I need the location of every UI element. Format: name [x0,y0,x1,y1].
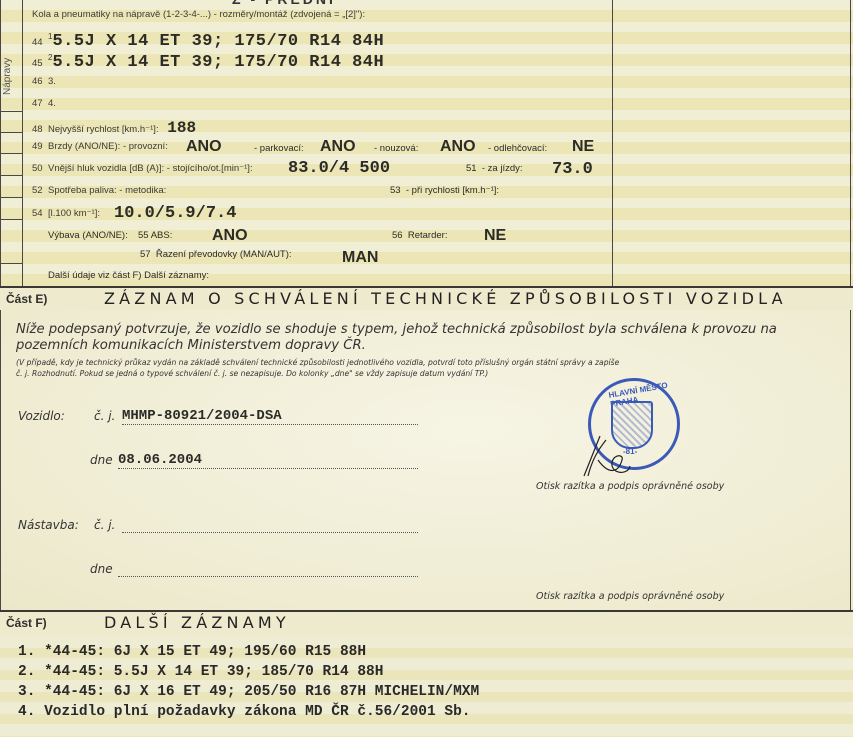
axle-row: 463. [32,76,56,87]
brake-relief-value: NE [572,138,594,156]
body-ref-field [122,516,418,538]
axle-row: 4415.5J X 14 ET 39; 175/70 R14 84H [32,32,384,51]
part-f-code: Část F) [6,616,47,630]
max-speed-value: 188 [167,119,196,137]
part-f-additional-records: 1. *44-45: 6J X 15 ET 49; 195/60 R15 88H… [0,636,853,737]
brake-parking-value: ANO [320,138,356,156]
body-label: Nástavba: [18,518,79,532]
body-date-label: dne [90,562,113,576]
signature-caption-body: Otisk razítka a podpis oprávněné osoby [536,591,724,602]
gutter-rule [0,219,22,220]
gutter-rule [0,153,22,154]
part-e-approval-record: Níže podepsaný potvrzuje, že vozidlo se … [0,310,853,610]
abs-value: ANO [212,227,248,245]
left-border [0,310,1,610]
approval-note-line2: č. j. Rozhodnutí. Pokud se jedná o typov… [16,369,488,378]
axles-side-label: Nápravy [2,46,20,106]
noise-stationary-value: 83.0/4 500 [288,159,390,178]
fuel-consumption-row: 54[l.100 km⁻¹]: [32,208,100,219]
vehicle-ref-field: MHMP-80921/2004-DSA [122,406,418,425]
vehicle-ref-label: č. j. [94,409,115,423]
gutter-rule [0,175,22,176]
vehicle-label: Vozidlo: [18,409,65,423]
equipment-label: Výbava (ANO/NE): [48,230,128,241]
signature-caption: Otisk razítka a podpis oprávněné osoby [536,481,724,492]
noise-drive-value: 73.0 [552,160,593,179]
brake-emergency-value: ANO [440,138,476,156]
retarder-value: NE [484,227,506,245]
fuel-row: 52Spotřeba paliva: - metodika: [32,185,166,196]
record-line: 3. *44-45: 6J X 16 ET 49; 205/50 R16 87H… [18,684,479,700]
vehicle-ref-value: MHMP-80921/2004-DSA [122,408,282,424]
retarder-label: 56 Retarder: [392,230,447,241]
part-e-title: ZÁZNAM O SCHVÁLENÍ TECHNICKÉ ZPŮSOBILOST… [104,289,787,308]
gearbox-label: 57 Řazení převodovky (MAN/AUT): [140,249,292,260]
right-border [850,310,851,610]
gutter-divider [22,0,23,286]
right-border [850,0,851,286]
part-f-header: Část F) DALŠÍ ZÁZNAMY [0,610,853,637]
brakes-row: 49Brzdy (ANO/NE): - provozní: [32,141,168,152]
gearbox-value: MAN [342,249,378,267]
abs-label: 55 ABS: [138,230,172,241]
approval-statement-line2: pozemních komunikacích Ministerstvem dop… [16,338,366,353]
vehicle-date-field: 08.06.2004 [118,450,418,469]
axle-value: 5.5J X 14 ET 39; 175/70 R14 84H [52,32,384,51]
more-info-note: Další údaje viz část F) Další záznamy: [48,270,209,281]
record-line: 2. *44-45: 5.5J X 14 ET 39; 185/70 R14 8… [18,664,383,680]
part-e-header: Část E) ZÁZNAM O SCHVÁLENÍ TECHNICKÉ ZPŮ… [0,286,853,313]
gutter-rule [0,263,22,264]
part-d-title-fragment: Z - PŘEDNÍ [232,0,336,7]
vehicle-technical-certificate: Z - PŘEDNÍ Nápravy Kola a pneumatiky na … [0,0,853,737]
wheels-header: Kola a pneumatiky na nápravě (1-2-3-4-..… [32,9,365,20]
gutter-rule [0,132,22,133]
fuel-speed-label: 53 - při rychlosti [km.h⁻¹]: [390,185,499,196]
signature-icon [578,430,638,480]
right-column-divider [612,0,613,286]
brake-service-value: ANO [186,138,222,156]
max-speed-row: 48Nejvyšší rychlost [km.h⁻¹]: 188 [32,119,196,137]
gutter-rule [0,111,22,112]
left-border [0,0,1,286]
body-ref-label: č. j. [94,518,115,532]
part-e-code: Část E) [6,292,47,306]
part-d-technical-data: Z - PŘEDNÍ Nápravy Kola a pneumatiky na … [0,0,853,286]
axle-row: 474. [32,98,56,109]
noise-drive-label: 51 - za jízdy: [466,163,523,174]
approval-statement-line1: Níže podepsaný potvrzuje, že vozidlo se … [16,322,777,337]
fuel-consumption-value: 10.0/5.9/7.4 [114,204,236,223]
approval-note-line1: (V případě, kdy je technický průkaz vydá… [16,358,619,367]
record-line: 1. *44-45: 6J X 15 ET 49; 195/60 R15 88H [18,644,366,660]
vehicle-date-label: dne [90,453,113,467]
vehicle-date-value: 08.06.2004 [118,452,202,468]
record-line: 4. Vozidlo plní požadavky zákona MD ČR č… [18,704,470,720]
axle-row: 4525.5J X 14 ET 39; 175/70 R14 84H [32,53,384,72]
brake-emergency-label: - nouzová: [374,143,418,154]
gutter-rule [0,197,22,198]
brake-parking-label: - parkovací: [254,143,304,154]
part-f-title: DALŠÍ ZÁZNAMY [104,613,290,632]
axle-value: 5.5J X 14 ET 39; 175/70 R14 84H [52,53,384,72]
noise-row: 50Vnější hluk vozidla [dB (A)]: - stojíc… [32,163,253,174]
brake-relief-label: - odlehčovací: [488,143,547,154]
body-date-field [118,560,418,582]
